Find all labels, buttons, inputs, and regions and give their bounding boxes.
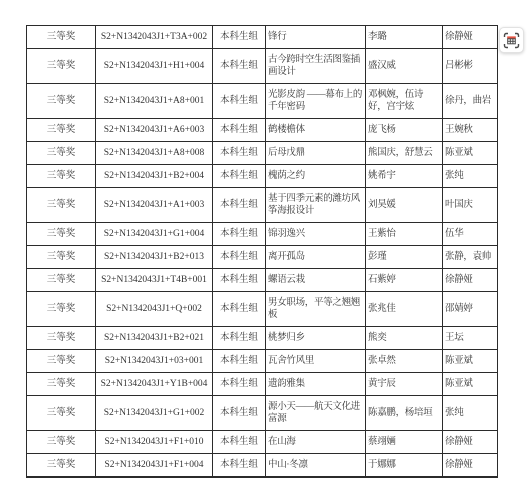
cell-advisors: 吕彬彬	[443, 49, 498, 84]
awards-table: 三等奖S2+N1342043J1+T3A+002本科生组锋行李璐徐静娅三等奖S2…	[26, 25, 498, 478]
cell-award: 三等奖	[27, 165, 96, 188]
cell-authors: 姚希宇	[366, 165, 443, 188]
table-capture-icon	[503, 32, 520, 49]
cell-advisors: 叶国庆	[443, 188, 498, 223]
cell-title: 古今跨时空生活图鉴插画设计	[266, 49, 366, 84]
cell-group: 本科生组	[213, 246, 266, 269]
cell-award: 三等奖	[27, 327, 96, 350]
cell-authors: 盛汉威	[366, 49, 443, 84]
table-row: 三等奖S2+N1342043J1+T3A+002本科生组锋行李璐徐静娅	[27, 26, 498, 49]
table-row: 三等奖S2+N1342043J1+B2+013本科生组离开孤岛彭瑾张静，袁帅	[27, 246, 498, 269]
cell-code: S2+N1342043J1+B2+013	[96, 246, 213, 269]
cell-code: S2+N1342043J1+T4B+001	[96, 269, 213, 292]
table-row: 三等奖S2+N1342043J1+A6+003本科生组鹤楼檐体庞飞杨王婉秋	[27, 119, 498, 142]
cell-code: S2+N1342043J1+F1+004	[96, 454, 213, 478]
cell-title: 在山海	[266, 431, 366, 454]
cell-advisors: 张纯	[443, 165, 498, 188]
table-row: 三等奖S2+N1342043J1+B2+004本科生组槐荫之约姚希宇张纯	[27, 165, 498, 188]
table-row: 三等奖S2+N1342043J1+T4B+001本科生组螺语云栽石紫婷徐静娅	[27, 269, 498, 292]
cell-title: 锦羽逸兴	[266, 223, 366, 246]
cell-authors: 王紫怡	[366, 223, 443, 246]
cell-authors: 熊奕	[366, 327, 443, 350]
cell-title: 遗韵雅集	[266, 373, 366, 396]
cell-award: 三等奖	[27, 223, 96, 246]
cell-award: 三等奖	[27, 269, 96, 292]
cell-code: S2+N1342043J1+B2+021	[96, 327, 213, 350]
cell-authors: 于娜娜	[366, 454, 443, 478]
cell-authors: 黄宇辰	[366, 373, 443, 396]
table-row: 三等奖S2+N1342043J1+Q+002本科生组男女职场，平等之翘翘板张兆佳…	[27, 292, 498, 327]
cell-advisors: 徐丹，曲岩	[443, 84, 498, 119]
cell-award: 三等奖	[27, 431, 96, 454]
cell-title: 基于四季元素的潍坊风筝海报设计	[266, 188, 366, 223]
cell-advisors: 王坛	[443, 327, 498, 350]
cell-award: 三等奖	[27, 188, 96, 223]
cell-award: 三等奖	[27, 26, 96, 49]
cell-code: S2+N1342043J1+A8+001	[96, 84, 213, 119]
cell-advisors: 邵婧婷	[443, 292, 498, 327]
table-capture-button[interactable]	[499, 27, 524, 53]
table-row: 三等奖S2+N1342043J1+A8+008本科生组后母戊鼎熊国庆，舒慧云陈亚…	[27, 142, 498, 165]
cell-authors: 庞飞杨	[366, 119, 443, 142]
cell-advisors: 王婉秋	[443, 119, 498, 142]
cell-group: 本科生组	[213, 327, 266, 350]
cell-title: 中山·冬凛	[266, 454, 366, 478]
cell-award: 三等奖	[27, 454, 96, 478]
cell-authors: 张兆佳	[366, 292, 443, 327]
cell-advisors: 徐静娅	[443, 26, 498, 49]
cell-group: 本科生组	[213, 84, 266, 119]
table-row: 三等奖S2+N1342043J1+F1+004本科生组中山·冬凛于娜娜徐静娅	[27, 454, 498, 478]
cell-title: 瓦舍竹风里	[266, 350, 366, 373]
cell-title: 离开孤岛	[266, 246, 366, 269]
cell-award: 三等奖	[27, 350, 96, 373]
cell-code: S2+N1342043J1+Y1B+004	[96, 373, 213, 396]
cell-title: 鹤楼檐体	[266, 119, 366, 142]
cell-advisors: 徐静娅	[443, 269, 498, 292]
table-row: 三等奖S2+N1342043J1+03+001本科生组瓦舍竹风里张卓然陈亚斌	[27, 350, 498, 373]
cell-group: 本科生组	[213, 188, 266, 223]
cell-group: 本科生组	[213, 350, 266, 373]
table-row: 三等奖S2+N1342043J1+F1+010本科生组在山海蔡翊婳徐静娅	[27, 431, 498, 454]
cell-authors: 彭瑾	[366, 246, 443, 269]
cell-title: 男女职场，平等之翘翘板	[266, 292, 366, 327]
cell-code: S2+N1342043J1+H1+004	[96, 49, 213, 84]
cell-code: S2+N1342043J1+03+001	[96, 350, 213, 373]
cell-award: 三等奖	[27, 84, 96, 119]
cell-title: 锋行	[266, 26, 366, 49]
cell-group: 本科生组	[213, 292, 266, 327]
cell-code: S2+N1342043J1+A1+003	[96, 188, 213, 223]
cell-advisors: 陈亚斌	[443, 142, 498, 165]
cell-group: 本科生组	[213, 454, 266, 478]
cell-authors: 陈嘉鹏，杨培垣	[366, 396, 443, 431]
awards-table-body: 三等奖S2+N1342043J1+T3A+002本科生组锋行李璐徐静娅三等奖S2…	[27, 26, 498, 478]
cell-award: 三等奖	[27, 373, 96, 396]
cell-group: 本科生组	[213, 396, 266, 431]
cell-code: S2+N1342043J1+A8+008	[96, 142, 213, 165]
cell-title: 后母戊鼎	[266, 142, 366, 165]
table-row: 三等奖S2+N1342043J1+G1+002本科生组源小天——航天文化进富源陈…	[27, 396, 498, 431]
cell-group: 本科生组	[213, 49, 266, 84]
table-row: 三等奖S2+N1342043J1+A1+003本科生组基于四季元素的潍坊风筝海报…	[27, 188, 498, 223]
cell-award: 三等奖	[27, 292, 96, 327]
cell-award: 三等奖	[27, 119, 96, 142]
table-row: 三等奖S2+N1342043J1+B2+021本科生组桃梦归乡熊奕王坛	[27, 327, 498, 350]
cell-group: 本科生组	[213, 165, 266, 188]
cell-code: S2+N1342043J1+G1+002	[96, 396, 213, 431]
table-row: 三等奖S2+N1342043J1+A8+001本科生组光影皮韵 ——幕布上的千年…	[27, 84, 498, 119]
table-row: 三等奖S2+N1342043J1+H1+004本科生组古今跨时空生活图鉴插画设计…	[27, 49, 498, 84]
cell-code: S2+N1342043J1+Q+002	[96, 292, 213, 327]
cell-authors: 邓枫婉，伍诗好，宫宇炫	[366, 84, 443, 119]
cell-authors: 李璐	[366, 26, 443, 49]
cell-group: 本科生组	[213, 431, 266, 454]
cell-code: S2+N1342043J1+F1+010	[96, 431, 213, 454]
cell-award: 三等奖	[27, 49, 96, 84]
cell-advisors: 陈亚斌	[443, 350, 498, 373]
cell-group: 本科生组	[213, 119, 266, 142]
cell-advisors: 张纯	[443, 396, 498, 431]
cell-code: S2+N1342043J1+A6+003	[96, 119, 213, 142]
cell-code: S2+N1342043J1+G1+004	[96, 223, 213, 246]
cell-advisors: 伍华	[443, 223, 498, 246]
cell-advisors: 徐静娅	[443, 431, 498, 454]
cell-advisors: 徐静娅	[443, 454, 498, 478]
cell-award: 三等奖	[27, 246, 96, 269]
cell-code: S2+N1342043J1+B2+004	[96, 165, 213, 188]
cell-award: 三等奖	[27, 396, 96, 431]
cell-authors: 刘昊媛	[366, 188, 443, 223]
cell-title: 光影皮韵 ——幕布上的千年密码	[266, 84, 366, 119]
cell-advisors: 张静，袁帅	[443, 246, 498, 269]
table-row: 三等奖S2+N1342043J1+Y1B+004本科生组遗韵雅集黄宇辰陈亚斌	[27, 373, 498, 396]
cell-title: 螺语云栽	[266, 269, 366, 292]
cell-title: 源小天——航天文化进富源	[266, 396, 366, 431]
cell-authors: 张卓然	[366, 350, 443, 373]
cell-group: 本科生组	[213, 26, 266, 49]
cell-authors: 石紫婷	[366, 269, 443, 292]
cell-group: 本科生组	[213, 269, 266, 292]
cell-group: 本科生组	[213, 373, 266, 396]
cell-advisors: 陈亚斌	[443, 373, 498, 396]
cell-award: 三等奖	[27, 142, 96, 165]
cell-authors: 蔡翊婳	[366, 431, 443, 454]
cell-authors: 熊国庆，舒慧云	[366, 142, 443, 165]
cell-title: 桃梦归乡	[266, 327, 366, 350]
cell-group: 本科生组	[213, 142, 266, 165]
cell-code: S2+N1342043J1+T3A+002	[96, 26, 213, 49]
cell-title: 槐荫之约	[266, 165, 366, 188]
cell-group: 本科生组	[213, 223, 266, 246]
table-row: 三等奖S2+N1342043J1+G1+004本科生组锦羽逸兴王紫怡伍华	[27, 223, 498, 246]
